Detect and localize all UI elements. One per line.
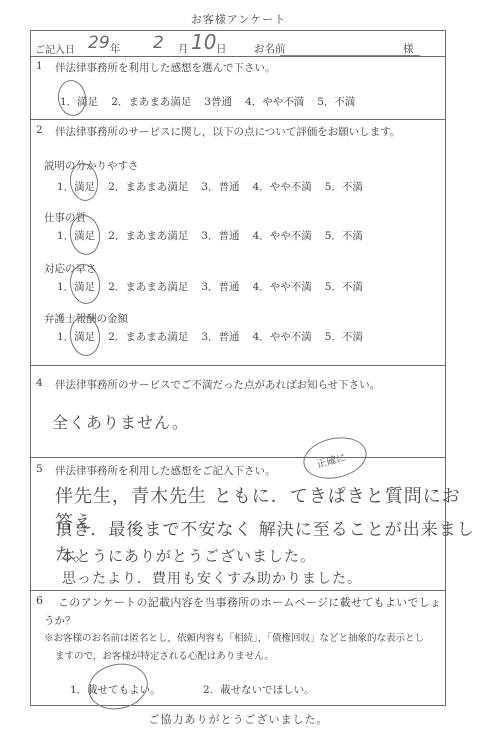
q5-answer-line[interactable]: 本とうにありがとうございました。 (60, 545, 316, 566)
option-5[interactable]: 5．不満 (325, 228, 363, 243)
divider (30, 365, 446, 366)
name-label: お名前 (254, 41, 286, 56)
divider (30, 457, 446, 458)
q5-number: 5 (36, 463, 43, 475)
option-2[interactable]: 2．まあまあ満足 (108, 179, 188, 194)
q1-option-5[interactable]: 5．不満 (317, 94, 355, 109)
q2-question: 伴法律事務所のサービスに関し，以下の点について評価をお願いします。 (55, 124, 400, 139)
q6-note-line1: ※お客様のお名前は匿名とし，依頼内容も「相続」，「債権回収」などと抽象的な表示と… (44, 630, 424, 644)
month-label: 月 (178, 41, 189, 56)
day-value[interactable]: 10 (191, 30, 216, 54)
option-3[interactable]: 3．普通 (201, 179, 239, 194)
option-2[interactable]: 2．まあまあ満足 (108, 279, 188, 294)
q2-item-options: 1．満足2．まあまあ満足3．普通4．やや不満5．不満 (57, 329, 376, 344)
q6-question-line1: このアンケートの記載内容を当事務所のホームページに載せてもよいでしょ (58, 594, 441, 610)
divider (30, 56, 446, 57)
q2-number: 2 (36, 124, 43, 136)
month-value[interactable]: 2 (153, 33, 164, 53)
q6-number: 6 (36, 594, 43, 607)
divider (30, 119, 446, 120)
q4-number: 4 (36, 377, 43, 389)
year-value[interactable]: 29 (88, 33, 110, 53)
option-2[interactable]: 2．まあまあ満足 (108, 228, 188, 243)
q1-option-3[interactable]: 3普通 (204, 94, 232, 109)
option-3[interactable]: 3．普通 (201, 228, 239, 243)
q2-item-options: 1．満足2．まあまあ満足3．普通4．やや不満5．不満 (57, 228, 376, 243)
q4-question: 伴法律事務所のサービスでご不満だった点があればお知らせ下さい。 (55, 377, 380, 392)
q6-note-line2: ますので，お客様が特定される心配はありません。 (55, 648, 274, 662)
q6-question-line2: うか？ (44, 613, 76, 628)
option-4[interactable]: 4．やや不満 (253, 279, 312, 294)
q2-item-options: 1．満足2．まあまあ満足3．普通4．やや不満5．不満 (57, 179, 376, 194)
q5-question: 伴法律事務所を利用した感想をご記入下さい。 (55, 463, 276, 478)
option-4[interactable]: 4．やや不満 (253, 329, 312, 344)
q2-item-options: 1．満足2．まあまあ満足3．普通4．やや不満5．不満 (57, 279, 376, 294)
q1-question: 伴法律事務所を利用した感想を選んで下さい。 (55, 60, 276, 75)
option-5[interactable]: 5．不満 (325, 179, 363, 194)
year-label: 年 (110, 41, 121, 56)
q5-answer-line[interactable]: 思ったより．費用も安くすみ助かりました。 (62, 568, 362, 588)
name-suffix: 様 (403, 41, 414, 56)
q1-option-2[interactable]: 2．まあまあ満足 (111, 94, 191, 109)
option-5[interactable]: 5．不満 (325, 329, 363, 344)
q1-option-4[interactable]: 4．やや不満 (245, 94, 304, 109)
divider (30, 590, 446, 591)
q1-options: 1．満足2．まあまあ満足3普通4．やや不満5．不満 (60, 94, 368, 109)
q1-number: 1 (36, 60, 43, 72)
option-5[interactable]: 5．不満 (325, 279, 363, 294)
date-label: ご記入日 (35, 41, 75, 56)
option-4[interactable]: 4．やや不満 (253, 228, 312, 243)
option-2[interactable]: 2．まあまあ満足 (108, 329, 188, 344)
day-label: 日 (216, 41, 227, 56)
form-title: お客様アンケート (0, 11, 477, 27)
q4-answer[interactable]: 全くありません。 (52, 410, 189, 433)
q6-option-2[interactable]: 2．載せないでほしい。 (203, 682, 315, 697)
option-3[interactable]: 3．普通 (201, 279, 239, 294)
option-3[interactable]: 3．普通 (201, 329, 239, 344)
option-4[interactable]: 4．やや不満 (253, 179, 312, 194)
footer-thanks: ご協力ありがとうございました。 (0, 711, 477, 727)
